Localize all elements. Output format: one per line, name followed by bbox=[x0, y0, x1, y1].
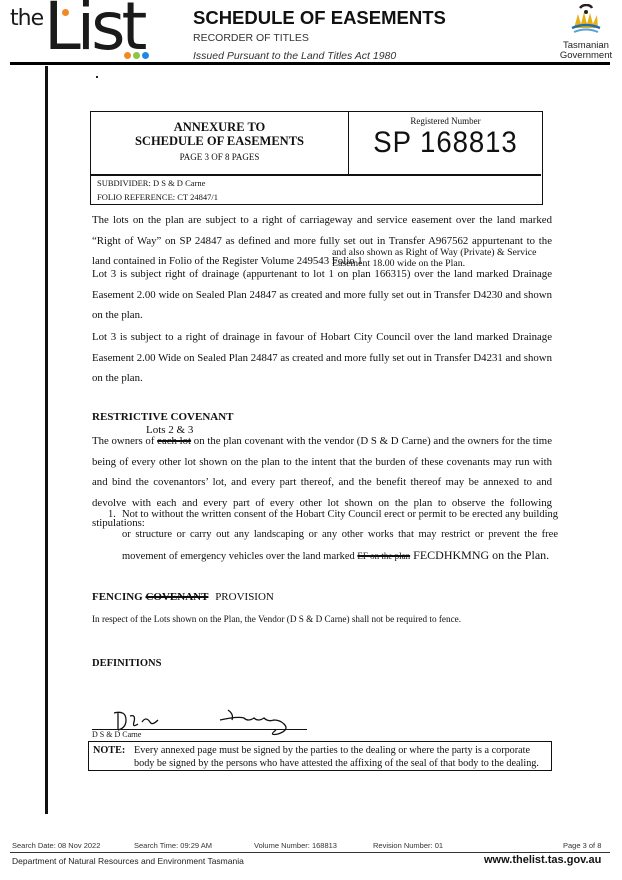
restrictive-covenant-heading: RESTRICTIVE COVENANT bbox=[92, 411, 234, 423]
easement-paragraph-3: Lot 3 is subject to a right of drainage … bbox=[92, 327, 552, 389]
registered-number-label: Registered Number bbox=[349, 116, 542, 126]
annexure-title-line2: SCHEDULE OF EASEMENTS bbox=[91, 134, 348, 148]
stipulation-insertion: FECDHKMNG on the Plan. bbox=[410, 548, 549, 562]
header-divider bbox=[10, 62, 610, 65]
logo-dot-icon bbox=[124, 52, 131, 59]
footer-divider bbox=[10, 852, 610, 853]
restrictive-pre: The owners of bbox=[92, 435, 157, 447]
search-time: Search Time: 09:29 AM bbox=[134, 841, 212, 850]
logo-prefix: the bbox=[10, 6, 43, 31]
government-line2: Government bbox=[555, 51, 617, 61]
note-label: NOTE: bbox=[93, 744, 125, 757]
definitions-heading: DEFINITIONS bbox=[92, 658, 161, 669]
thelist-logo: the List bbox=[6, 4, 151, 62]
easement-paragraph-2: Lot 3 is subject right of drainage (appu… bbox=[92, 264, 552, 326]
scan-speck bbox=[96, 76, 98, 78]
folio-reference: FOLIO REFERENCE: CT 24847/1 bbox=[97, 192, 218, 202]
document-title: SCHEDULE OF EASEMENTS bbox=[193, 7, 446, 29]
signature-2-icon bbox=[218, 708, 308, 738]
search-date: Search Date: 08 Nov 2022 bbox=[12, 841, 100, 850]
restrictive-struck-text: each lot bbox=[157, 435, 191, 447]
annexure-box: ANNEXURE TO SCHEDULE OF EASEMENTS PAGE 3… bbox=[90, 111, 543, 205]
page-number: Page 3 of 8 bbox=[563, 841, 601, 850]
website-link[interactable]: www.thelist.tas.gov.au bbox=[484, 854, 601, 866]
signatory-name: D S & D Carne bbox=[92, 730, 141, 739]
logo-word: List bbox=[44, 0, 143, 60]
stipulation-number: 1. bbox=[108, 505, 116, 525]
stipulation-body: Not to without the written consent of th… bbox=[108, 505, 558, 567]
fencing-text: In respect of the Lots shown on the Plan… bbox=[92, 614, 461, 624]
fencing-heading-text: FENCING bbox=[92, 591, 143, 603]
stipulation-struck-text: EF on the plan bbox=[357, 551, 410, 561]
registered-number: SP 168813 bbox=[357, 126, 535, 160]
annexure-page-info: PAGE 3 OF 8 PAGES bbox=[91, 152, 348, 162]
document-act: Issued Pursuant to the Land Titles Act 1… bbox=[193, 50, 396, 62]
logo-dot-icon bbox=[133, 52, 140, 59]
fencing-heading: FENCING COVENANT PROVISION bbox=[92, 591, 274, 603]
page-margin-line bbox=[45, 66, 48, 814]
logo-dot-icon bbox=[142, 52, 149, 59]
stipulation-item: 1. Not to without the written consent of… bbox=[108, 505, 558, 567]
fencing-insertion: PROVISION bbox=[215, 591, 274, 603]
tasmanian-government-emblem-icon bbox=[566, 4, 606, 36]
note-box: NOTE: Every annexed page must be signed … bbox=[88, 741, 552, 771]
tasmanian-government-logo: Tasmanian Government bbox=[555, 4, 617, 62]
volume-number: Volume Number: 168813 bbox=[254, 841, 337, 850]
annexure-divider bbox=[91, 174, 541, 176]
registered-number-cell: Registered Number SP 168813 bbox=[349, 112, 542, 174]
annexure-title-cell: ANNEXURE TO SCHEDULE OF EASEMENTS PAGE 3… bbox=[91, 112, 349, 174]
subdivider: SUBDIVIDER: D S & D Carne bbox=[97, 178, 205, 188]
department-name: Department of Natural Resources and Envi… bbox=[12, 856, 244, 866]
document-subtitle: RECORDER OF TITLES bbox=[193, 32, 309, 44]
logo-accent-dot-icon bbox=[62, 9, 69, 16]
note-text: Every annexed page must be signed by the… bbox=[93, 744, 551, 770]
revision-number: Revision Number: 01 bbox=[373, 841, 443, 850]
annexure-title-line1: ANNEXURE TO bbox=[91, 112, 348, 134]
fencing-struck-text: COVENANT bbox=[145, 591, 208, 603]
